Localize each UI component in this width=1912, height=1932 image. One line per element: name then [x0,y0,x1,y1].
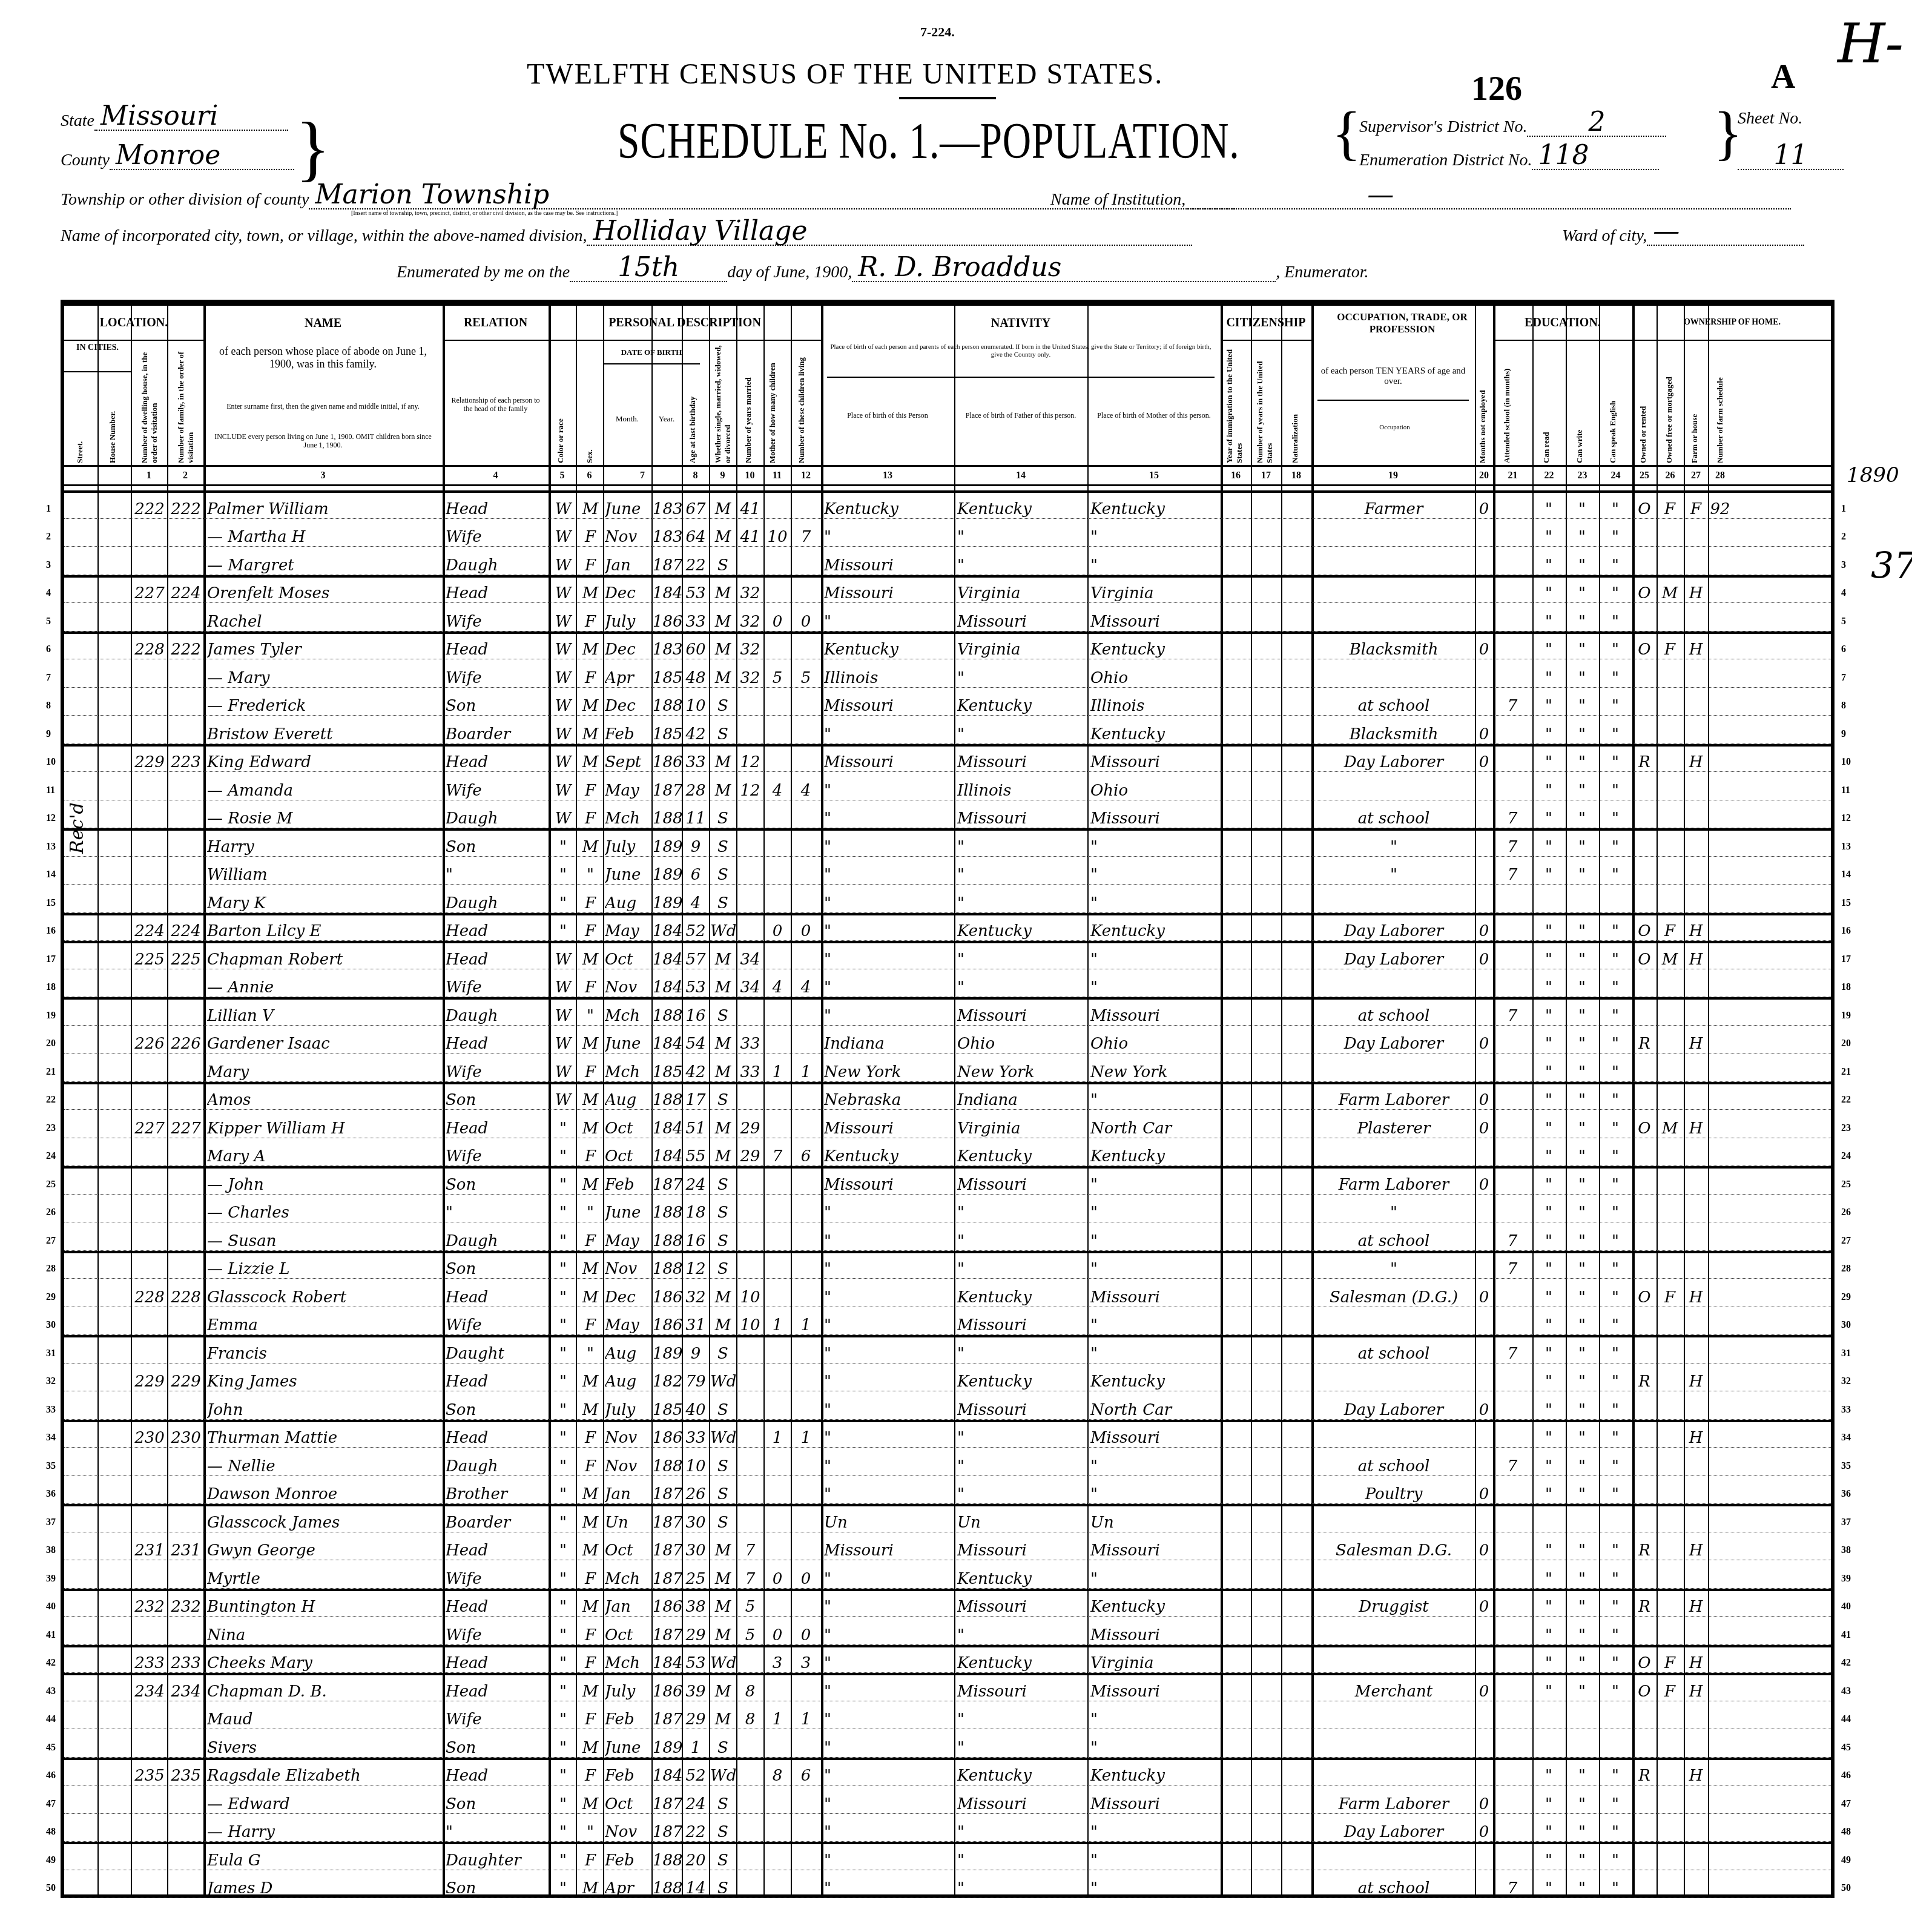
relation-cell: Daugh [446,558,547,573]
can-write-cell: " [1567,1853,1597,1868]
birth-month-cell: Jan [605,558,651,573]
line-number: 9 [1841,729,1846,740]
can-write-cell: " [1567,1290,1597,1305]
relation-cell: Wife [446,1627,547,1643]
line-number: 23 [1841,1123,1851,1134]
can-write-cell: " [1567,614,1597,630]
sex-cell: F [579,811,602,826]
marital-status-cell: S [710,1796,736,1812]
line-number-left: 37 [46,1517,56,1528]
birthplace-person-cell: " [824,1599,952,1615]
birthplace-mother-cell: " [1090,1346,1219,1362]
birthplace-mother-cell: New York [1090,1064,1219,1080]
attended-school-cell: 7 [1494,1459,1531,1474]
birth-month-cell: May [605,1233,651,1249]
marital-status-cell: M [710,1684,736,1700]
age-cell: 11 [683,811,708,826]
can-write-cell: " [1567,1233,1597,1249]
age-cell: 16 [683,1008,708,1024]
line-number-left: 12 [46,813,56,824]
birthplace-person-cell: " [824,1233,952,1249]
can-write-cell: " [1567,1317,1597,1333]
header-location: LOCATION. [64,306,203,341]
birthplace-father-cell: " [957,895,1086,911]
owned-rented-cell: O [1633,1290,1655,1305]
free-mortgaged-cell: M [1658,952,1682,968]
header-nativity-desc: Place of birth of each person and parent… [827,343,1215,378]
free-mortgaged-cell: M [1658,1121,1682,1136]
person-name-cell: Francis [207,1346,440,1362]
birthplace-father-cell: " [957,980,1086,995]
children-living-cell: 0 [792,1627,820,1643]
sex-cell: F [579,1655,602,1671]
birthplace-father-cell: Missouri [957,1599,1086,1615]
birthplace-person-cell: Indiana [824,1036,952,1052]
person-name-cell: Dawson Monroe [207,1486,440,1502]
marital-status-cell: M [710,1599,736,1615]
line-number-left: 23 [46,1123,56,1134]
birth-month-cell: Aug [605,895,651,911]
city-value: Holliday Village [587,218,1192,246]
birth-month-cell: Apr [605,1881,651,1896]
occupation-cell: Farm Laborer [1314,1796,1473,1812]
can-speak-english-cell: " [1600,1177,1630,1193]
colnum: 13 [821,467,954,485]
birth-year-cell: 1890 [653,1346,682,1362]
birthplace-person-cell: " [824,1824,952,1840]
table-row: Mary KDaugh"FAug18954S"""1515 [64,885,1831,913]
line-number-left: 9 [46,729,51,740]
can-speak-english-cell: " [1600,811,1630,826]
birthplace-mother-cell: Ohio [1090,1036,1219,1052]
free-mortgaged-cell: F [1658,1290,1682,1305]
sex-cell: M [579,1543,602,1558]
birth-month-cell: July [605,1402,651,1418]
can-speak-english-cell: " [1600,1853,1630,1868]
years-married-cell: 12 [737,754,763,770]
occupation-cell: Farm Laborer [1314,1092,1473,1108]
sex-cell: " [579,1824,602,1840]
farm-house-cell: F [1685,501,1707,517]
line-number-left: 30 [46,1320,56,1331]
township-note: [Insert name of township, town, precinct… [351,210,618,217]
person-name-cell: Amos [207,1092,440,1108]
sex-cell: F [579,895,602,911]
color-cell: W [552,642,575,658]
sex-cell: M [579,1092,602,1108]
person-name-cell: — Rosie M [207,811,440,826]
birthplace-person-cell: New York [824,1064,952,1080]
marital-status-cell: Wd [710,1374,736,1390]
supervisor-value: 2 [1527,109,1666,137]
months-unemployed-cell: 0 [1476,923,1492,939]
age-cell: 33 [683,754,708,770]
sex-cell: F [579,1233,602,1249]
table-row: 230230Thurman MattieHead"FNov186633Wd11"… [64,1420,1831,1448]
person-name-cell: — Mary [207,670,440,686]
color-cell: " [552,1233,575,1249]
line-number: 40 [1841,1601,1851,1612]
line-number: 8 [1841,701,1846,711]
person-name-cell: Glasscock James [207,1515,440,1531]
relation-cell: Son [446,1796,547,1812]
can-read-cell: " [1534,1205,1564,1221]
table-row: Eula GDaughter"FFeb188020S""""""4949 [64,1842,1831,1870]
color-cell: " [552,1121,575,1136]
birthplace-person-cell: " [824,614,952,630]
table-row: William"""June18936S""""7"""1414 [64,857,1831,885]
free-mortgaged-cell: F [1658,501,1682,517]
line-number-left: 44 [46,1714,56,1725]
birthplace-person-cell: " [824,980,952,995]
line-number: 36 [1841,1489,1851,1500]
family-number-cell: 226 [168,1036,203,1052]
children-living-cell: 6 [792,1768,820,1784]
marital-status-cell: S [710,1092,736,1108]
color-cell: W [552,670,575,686]
can-read-cell: " [1534,585,1564,601]
colnum: 4 [443,467,549,485]
birthplace-person-cell: " [824,1486,952,1502]
birthplace-father-cell: " [957,952,1086,968]
birth-year-cell: 1887 [653,1261,682,1277]
color-cell: " [552,1261,575,1277]
years-married-cell: 32 [737,614,763,630]
line-number: 2 [1841,532,1846,542]
birthplace-father-cell: Missouri [957,1402,1086,1418]
birthplace-mother-cell: " [1090,1233,1219,1249]
table-row: Lillian VDaughW"Mch188416S"MissouriMisso… [64,997,1831,1026]
line-number-left: 36 [46,1489,56,1500]
age-cell: 67 [683,501,708,517]
color-cell: " [552,1853,575,1868]
schedule-title: SCHEDULE No. 1.—POPULATION. [618,112,1240,171]
birth-year-cell: 1852 [653,670,682,686]
can-write-cell: " [1567,923,1597,939]
color-cell: " [552,1205,575,1221]
line-number-left: 2 [46,532,51,542]
marital-status-cell: Wd [710,1768,736,1784]
birth-year-cell: 1848 [653,923,682,939]
table-row: — Martha HWifeWFNov183564M41107""""""22 [64,519,1831,547]
line-number: 30 [1841,1320,1851,1331]
header-owned-free-mortgaged: Owned free or mortgaged [1664,345,1674,463]
sex-cell: F [579,614,602,630]
birthplace-father-cell: " [957,558,1086,573]
months-unemployed-cell: 0 [1476,1684,1492,1700]
birthplace-father-cell: " [957,1486,1086,1502]
line-number-left: 34 [46,1433,56,1443]
color-cell: W [552,529,575,545]
age-cell: 6 [683,867,708,883]
children-living-cell: 3 [792,1655,820,1671]
line-number: 21 [1841,1067,1851,1078]
line-number-left: 31 [46,1348,56,1359]
can-read-cell: " [1534,1459,1564,1474]
family-number-cell: 229 [168,1374,203,1390]
can-speak-english-cell: " [1600,952,1630,968]
state-value: Missouri [94,103,288,131]
line-number: 15 [1841,898,1851,909]
table-row: — FrederickSonWMDec188910SMissouriKentuc… [64,688,1831,716]
can-speak-english-cell: " [1600,1092,1630,1108]
column-number-row: 1 2 3 4 5 6 7 8 9 10 11 12 13 14 15 16 1… [64,465,1831,486]
person-name-cell: Harry [207,839,440,855]
occupation-cell: Day Laborer [1314,952,1473,968]
colnum: 28 [1708,467,1732,485]
birthplace-person-cell: " [824,811,952,826]
can-read-cell: " [1534,1599,1564,1615]
children-living-cell: 7 [792,529,820,545]
can-read-cell: " [1534,614,1564,630]
census-title: TWELFTH CENSUS OF THE UNITED STATES. [527,58,1163,91]
birth-month-cell: Aug [605,1092,651,1108]
can-read-cell: " [1534,1543,1564,1558]
can-read-cell: " [1534,642,1564,658]
table-row: — NellieDaugh"FNov188910S"""at school7""… [64,1448,1831,1476]
birthplace-person-cell: " [824,1881,952,1896]
birthplace-mother-cell: " [1090,839,1219,855]
header-can-read: Can read [1541,415,1551,463]
line-number-left: 48 [46,1827,56,1838]
age-cell: 55 [683,1149,708,1164]
can-read-cell: " [1534,1796,1564,1812]
header-house-number: House Number. [108,378,117,463]
marital-status-cell: S [710,1881,736,1896]
relation-cell: Head [446,1374,547,1390]
header-name-desc: of each person whose place of abode on J… [213,345,433,370]
mother-of-children-cell: 4 [765,783,790,799]
birth-year-cell: 1884 [653,1008,682,1024]
color-cell: W [552,952,575,968]
age-cell: 52 [683,923,708,939]
person-name-cell: — Susan [207,1233,440,1249]
color-cell: " [552,895,575,911]
birthplace-mother-cell: Missouri [1090,811,1219,826]
sex-cell: M [579,642,602,658]
birthplace-mother-cell: " [1090,1712,1219,1727]
header-farm-house: Farm or house [1690,391,1699,463]
owned-rented-cell: O [1633,642,1655,658]
relation-cell: Wife [446,670,547,686]
age-cell: 12 [683,1261,708,1277]
birthplace-person-cell: " [824,1008,952,1024]
months-unemployed-cell: 0 [1476,1796,1492,1812]
sex-cell: F [579,1571,602,1587]
color-cell: " [552,1740,575,1756]
sex-cell: F [579,558,602,573]
birth-month-cell: Aug [605,1346,651,1362]
can-speak-english-cell: " [1600,1796,1630,1812]
age-cell: 39 [683,1684,708,1700]
birth-month-cell: Jan [605,1486,651,1502]
birth-month-cell: Oct [605,1543,651,1558]
years-married-cell: 7 [737,1571,763,1587]
sex-cell: M [579,952,602,968]
line-number-left: 20 [46,1038,56,1049]
enumerated-day: 15th [570,254,727,282]
line-number-left: 3 [46,560,51,571]
owned-rented-cell: O [1633,1121,1655,1136]
line-number-left: 45 [46,1742,56,1753]
line-number-left: 1 [46,504,51,515]
birthplace-person-cell: " [824,1655,952,1671]
line-number-left: 32 [46,1376,56,1387]
line-number-left: 43 [46,1686,56,1697]
months-unemployed-cell: 0 [1476,1486,1492,1502]
birth-month-cell: June [605,501,651,517]
birthplace-mother-cell: Missouri [1090,1290,1219,1305]
institution-value: — [1185,182,1791,209]
can-speak-english-cell: " [1600,529,1630,545]
dwelling-number-cell: 225 [132,952,167,968]
birthplace-father-cell: Missouri [957,1177,1086,1193]
birth-year-cell: 1857 [653,1064,682,1080]
color-cell: " [552,1486,575,1502]
relation-cell: Wife [446,783,547,799]
free-mortgaged-cell: F [1658,642,1682,658]
form-number: 7-224. [920,24,955,40]
birthplace-father-cell: " [957,1459,1086,1474]
sheet-number-value: 11 [1738,142,1844,170]
sex-cell: M [579,1290,602,1305]
birthplace-father-cell: " [957,529,1086,545]
birthplace-father-cell: Virginia [957,642,1086,658]
header-name-include: INCLUDE every person living on June 1, 1… [213,433,433,450]
occupation-cell: Poultry [1314,1486,1473,1502]
birth-month-cell: Oct [605,1796,651,1812]
table-row: 224224Barton Lilcy EHead"FMay184852Wd00"… [64,913,1831,941]
table-row: Dawson MonroeBrother"MJan187426S"""Poult… [64,1476,1831,1505]
person-name-cell: Cheeks Mary [207,1655,440,1671]
birthplace-person-cell: " [824,1571,952,1587]
birth-month-cell: July [605,614,651,630]
marital-status-cell: M [710,1149,736,1164]
color-cell: W [552,1008,575,1024]
can-write-cell: " [1567,1036,1597,1052]
enumeration-district-field: Enumeration District No. 118 [1359,142,1659,170]
can-write-cell: " [1567,952,1597,968]
birth-month-cell: July [605,839,651,855]
header-year: Year. [651,415,682,424]
birth-month-cell: Aug [605,1374,651,1390]
birthplace-father-cell: Missouri [957,1317,1086,1333]
header-mother-of: Mother of how many children [768,345,788,463]
color-cell: " [552,1627,575,1643]
birthplace-father-cell: Kentucky [957,1374,1086,1390]
birth-month-cell: Nov [605,529,651,545]
attended-school-cell: 7 [1494,1261,1531,1277]
line-number-left: 17 [46,954,56,965]
birthplace-mother-cell: " [1090,1824,1219,1840]
header-sex: Sex. [585,415,595,463]
line-number: 6 [1841,644,1846,655]
can-read-cell: " [1534,1346,1564,1362]
person-name-cell: Nina [207,1627,440,1643]
header-birth-father: Place of birth of Father of this person. [960,412,1081,420]
marital-status-cell: S [710,1459,736,1474]
attended-school-cell: 7 [1494,1008,1531,1024]
can-write-cell: " [1567,585,1597,601]
city-field: Name of incorporated city, town, or vill… [61,218,1192,246]
birth-year-cell: 1880 [653,1853,682,1868]
months-unemployed-cell: 0 [1476,1824,1492,1840]
person-name-cell: Maud [207,1712,440,1727]
line-number: 47 [1841,1799,1851,1810]
birthplace-mother-cell: Kentucky [1090,501,1219,517]
line-number-left: 40 [46,1601,56,1612]
line-number: 37 [1841,1517,1851,1528]
color-cell: W [552,1036,575,1052]
age-cell: 33 [683,1430,708,1446]
table-row: FrancisDaught""Aug18909S"""at school7"""… [64,1335,1831,1363]
children-living-cell: 6 [792,1149,820,1164]
birthplace-person-cell: Kentucky [824,501,952,517]
colnum: 11 [763,467,791,485]
header-months-unemployed: Months not employed [1478,378,1488,463]
birthplace-person-cell: " [824,1712,952,1727]
birthplace-mother-cell: " [1090,952,1219,968]
birthplace-mother-cell: Missouri [1090,754,1219,770]
years-married-cell: 33 [737,1036,763,1052]
color-cell: " [552,1796,575,1812]
line-number-left: 15 [46,898,56,909]
mother-of-children-cell: 3 [765,1655,790,1671]
can-write-cell: " [1567,1374,1597,1390]
line-number: 22 [1841,1095,1851,1106]
marital-status-cell: M [710,952,736,968]
birth-year-cell: 1845 [653,1149,682,1164]
line-number: 10 [1841,757,1851,768]
person-name-cell: James Tyler [207,642,440,658]
family-number-cell: 231 [168,1543,203,1558]
birth-year-cell: 1860 [653,614,682,630]
colnum: 3 [203,467,443,485]
marital-status-cell: Wd [710,1655,736,1671]
marital-status-cell: S [710,895,736,911]
birthplace-mother-cell: " [1090,1740,1219,1756]
header-marital: Whether single, married, widowed, or div… [713,345,734,463]
colnum: 9 [709,467,736,485]
family-number-cell: 232 [168,1599,203,1615]
table-row: SiversSon"MJune18981S"""4545 [64,1729,1831,1758]
color-cell: " [552,1768,575,1784]
mother-of-children-cell: 0 [765,1627,790,1643]
line-number: 49 [1841,1855,1851,1866]
birthplace-mother-cell: Missouri [1090,1684,1219,1700]
marital-status-cell: M [710,1290,736,1305]
dwelling-number-cell: 235 [132,1768,167,1784]
birth-year-cell: 1876 [653,1177,682,1193]
district-brace-left: { [1332,103,1361,163]
person-name-cell: William [207,867,440,883]
years-married-cell: 8 [737,1712,763,1727]
birth-year-cell: 1893 [653,867,682,883]
line-number: 44 [1841,1714,1851,1725]
birthplace-mother-cell: " [1090,1092,1219,1108]
relation-cell: Head [446,1768,547,1784]
line-number: 16 [1841,926,1851,937]
person-name-cell: Gwyn George [207,1543,440,1558]
birth-month-cell: June [605,867,651,883]
sex-cell: F [579,1853,602,1868]
birth-month-cell: Nov [605,1459,651,1474]
sex-cell: F [579,1627,602,1643]
colnum: 24 [1599,467,1632,485]
children-living-cell: 0 [792,1571,820,1587]
birth-month-cell: Nov [605,1430,651,1446]
can-read-cell: " [1534,501,1564,517]
